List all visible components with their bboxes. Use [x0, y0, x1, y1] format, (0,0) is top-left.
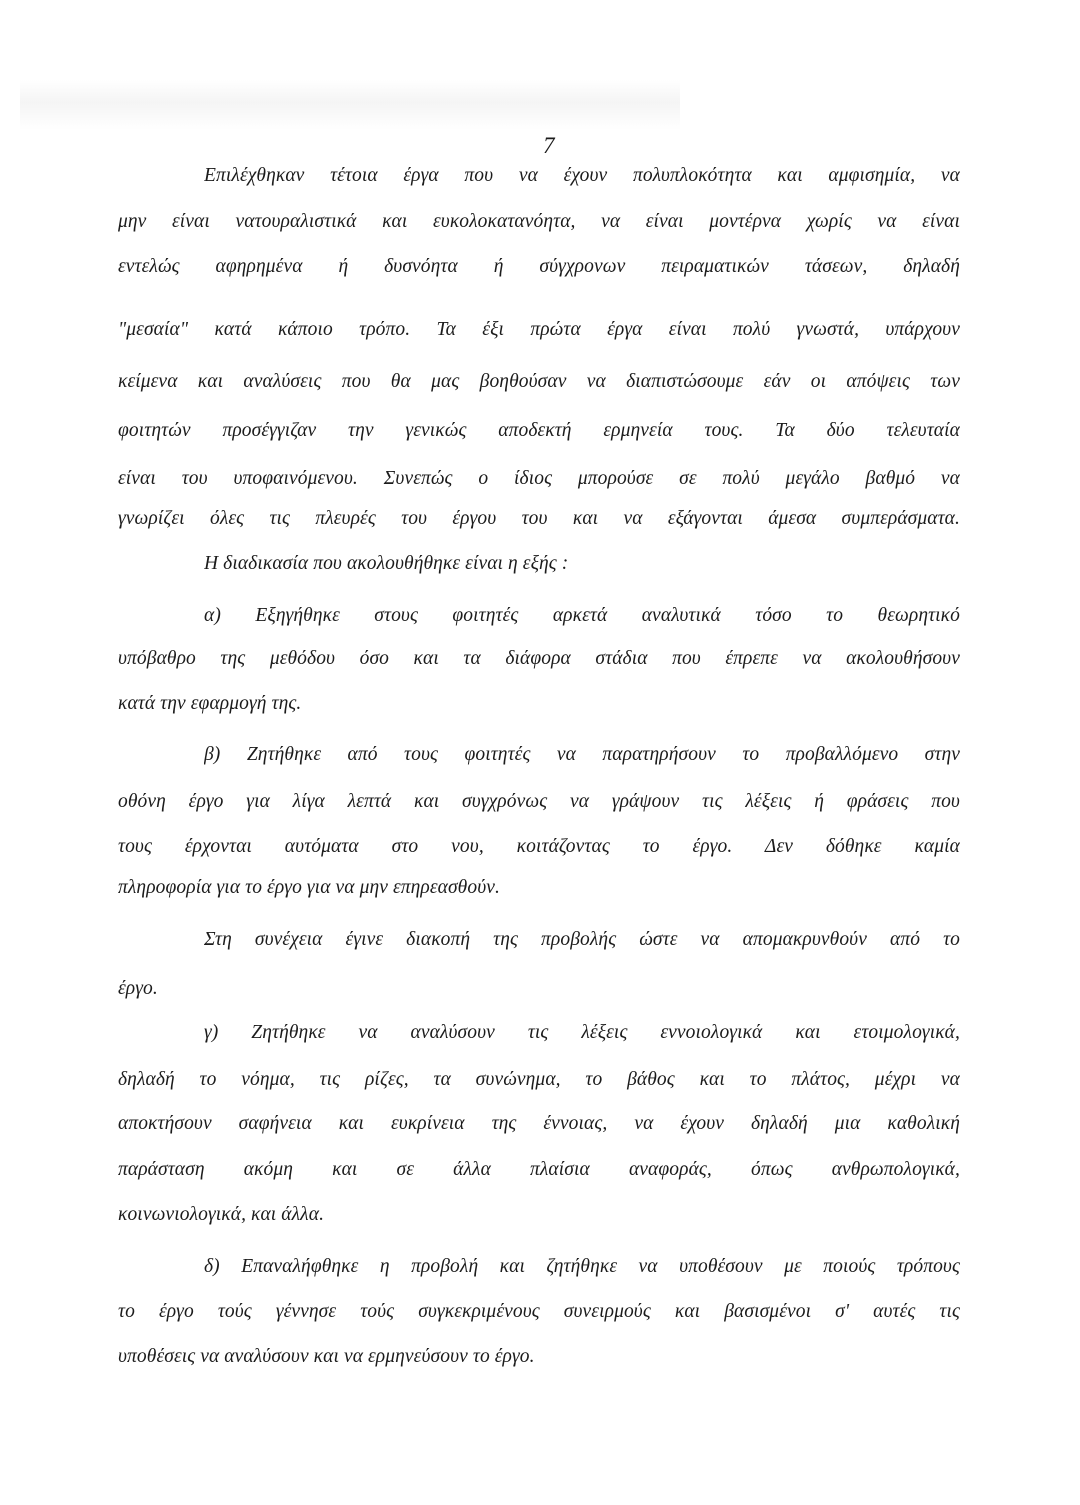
text-line: γνωρίζει όλες τις πλευρές του έργου του …	[118, 507, 960, 531]
text-line: κείμενα και αναλύσεις που θα μας βοηθούσ…	[118, 370, 960, 394]
text-line: Επιλέχθηκαν τέτοια έργα που να έχουν πολ…	[204, 164, 960, 188]
text-line: είναι του υποφαινόμενου. Συνεπώς ο ίδιος…	[118, 467, 960, 491]
text-line: έργο.	[118, 977, 960, 1001]
text-line: κατά την εφαρμογή της.	[118, 692, 960, 716]
text-line: δ) Επαναλήφθηκε η προβολή και ζητήθηκε ν…	[204, 1255, 960, 1279]
text-line: παράσταση ακόμη και σε άλλα πλαίσια αναφ…	[118, 1158, 960, 1182]
text-line: υπόβαθρο της μεθόδου όσο και τα διάφορα …	[118, 647, 960, 671]
text-line: "μεσαία" κατά κάποιο τρόπο. Τα έξι πρώτα…	[118, 318, 960, 342]
text-line: γ) Ζητήθηκε να αναλύσουν τις λέξεις εννο…	[204, 1021, 960, 1045]
text-line: κοινωνιολογικά, και άλλα.	[118, 1203, 960, 1227]
text-line: πληροφορία για το έργο για να μην επηρεα…	[118, 876, 960, 900]
text-line: φοιτητών προσέγγιζαν την γενικώς αποδεκτ…	[118, 419, 960, 443]
scan-artifact	[20, 80, 680, 130]
text-line: τους έρχονται αυτόματα στο νου, κοιτάζον…	[118, 835, 960, 859]
text-line: οθόνη έργο για λίγα λεπτά και συγχρόνως …	[118, 790, 960, 814]
text-line: αποκτήσουν σαφήνεια και ευκρίνεια της έν…	[118, 1112, 960, 1136]
text-line: β) Ζητήθηκε από τους φοιτητές να παρατηρ…	[204, 743, 960, 767]
text-line: εντελώς αφηρημένα ή δυσνόητα ή σύγχρονων…	[118, 255, 960, 279]
text-line: Η διαδικασία που ακολουθήθηκε είναι η εξ…	[204, 552, 960, 576]
text-line: μην είναι νατουραλιστικά και ευκολοκαταν…	[118, 210, 960, 234]
text-line: α) Εξηγήθηκε στους φοιτητές αρκετά αναλυ…	[204, 604, 960, 628]
text-line: υποθέσεις να αναλύσουν και να ερμηνεύσου…	[118, 1345, 960, 1369]
page-number: 7	[543, 133, 555, 159]
text-line: Στη συνέχεια έγινε διακοπή της προβολής …	[204, 928, 960, 952]
text-line: δηλαδή το νόημα, τις ρίζες, τα συνώνημα,…	[118, 1068, 960, 1092]
text-line: το έργο τούς γέννησε τούς συγκεκριμένους…	[118, 1300, 960, 1324]
